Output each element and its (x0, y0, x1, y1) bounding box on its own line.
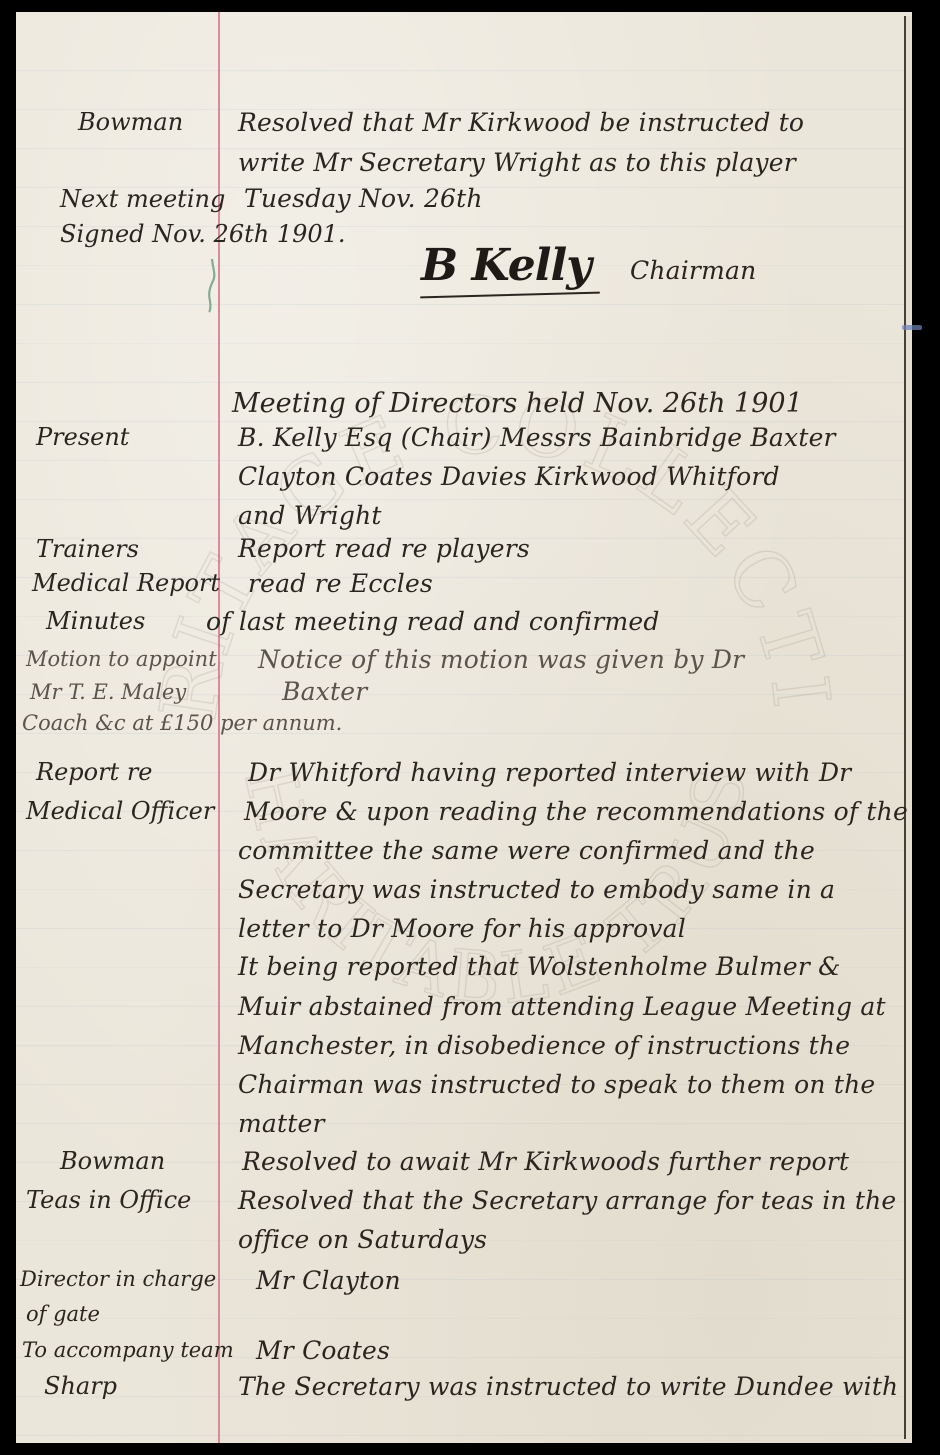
margin-label-medical-report: Medical Report (32, 569, 220, 597)
margin-label-present: Present (36, 423, 129, 451)
signature-title: Chairman (630, 256, 756, 285)
entry-text: letter to Dr Moore for his approval (238, 914, 686, 943)
signed-date-line: Signed Nov. 26th 1901. (60, 220, 346, 248)
minute-book-page: HERITAGE COLLECTION CHARITABLE TRUST Bow… (16, 12, 912, 1443)
entry-text: Baxter (282, 677, 367, 706)
margin-label-bowman-2: Bowman (60, 1147, 165, 1175)
margin-label-bowman: Bowman (78, 108, 183, 136)
margin-label-director-gate: Director in charge (20, 1267, 216, 1291)
entry-text: Resolved to await Mr Kirkwoods further r… (242, 1147, 849, 1176)
entry-text: Report read re players (238, 534, 530, 563)
entry-text: matter (238, 1109, 325, 1138)
entry-text: and Wright (238, 501, 382, 530)
entry-text: Resolved that the Secretary arrange for … (238, 1186, 896, 1215)
entry-text: Notice of this motion was given by Dr (258, 645, 744, 674)
green-pencil-mark-icon (204, 257, 218, 313)
entry-text: B. Kelly Esq (Chair) Messrs Bainbridge B… (238, 423, 836, 452)
entry-text: office on Saturdays (238, 1225, 487, 1254)
margin-label-motion: Motion to appoint (26, 647, 217, 671)
entry-text: Chairman was instructed to speak to them… (238, 1070, 875, 1099)
entry-text: Moore & upon reading the recommendations… (244, 797, 908, 826)
entry-text: committee the same were confirmed and th… (238, 836, 815, 865)
margin-label-sharp: Sharp (44, 1372, 117, 1400)
margin-label-next-meeting: Next meeting (60, 185, 225, 213)
chairman-signature: B Kelly (421, 240, 591, 291)
margin-label-accompany-team: To accompany team (22, 1338, 234, 1362)
entry-text: The Secretary was instructed to write Du… (238, 1372, 898, 1401)
entry-text: read re Eccles (248, 569, 433, 598)
margin-label-trainers: Trainers (36, 535, 139, 563)
blue-ink-mark (902, 325, 922, 330)
margin-label-report-re: Report re (36, 758, 153, 786)
next-page-strip (906, 16, 912, 1439)
entry-text: Mr Coates (256, 1336, 390, 1365)
entry-text: Clayton Coates Davies Kirkwood Whitford (238, 462, 780, 491)
entry-text: Mr Clayton (256, 1266, 401, 1295)
entry-text: Dr Whitford having reported interview wi… (248, 758, 851, 787)
margin-label-motion: Coach &c at £150 per annum. (22, 711, 342, 735)
entry-text: It being reported that Wolstenholme Bulm… (238, 952, 841, 981)
entry-text: Secretary was instructed to embody same … (238, 875, 835, 904)
entry-text: Muir abstained from attending League Mee… (238, 992, 886, 1021)
entry-text: Resolved that Mr Kirkwood be instructed … (238, 108, 804, 137)
margin-label-medical-officer: Medical Officer (26, 797, 214, 825)
margin-label-minutes: Minutes (46, 607, 145, 635)
entry-text: Tuesday Nov. 26th (244, 184, 483, 213)
entry-text: of last meeting read and confirmed (206, 607, 660, 636)
entry-text: Manchester, in disobedience of instructi… (238, 1031, 850, 1060)
margin-label-teas: Teas in Office (26, 1186, 191, 1214)
margin-label-director-gate: of gate (26, 1302, 100, 1326)
meeting-heading: Meeting of Directors held Nov. 26th 1901 (232, 388, 803, 419)
margin-label-motion: Mr T. E. Maley (30, 680, 186, 704)
entry-text: write Mr Secretary Wright as to this pla… (238, 148, 796, 177)
